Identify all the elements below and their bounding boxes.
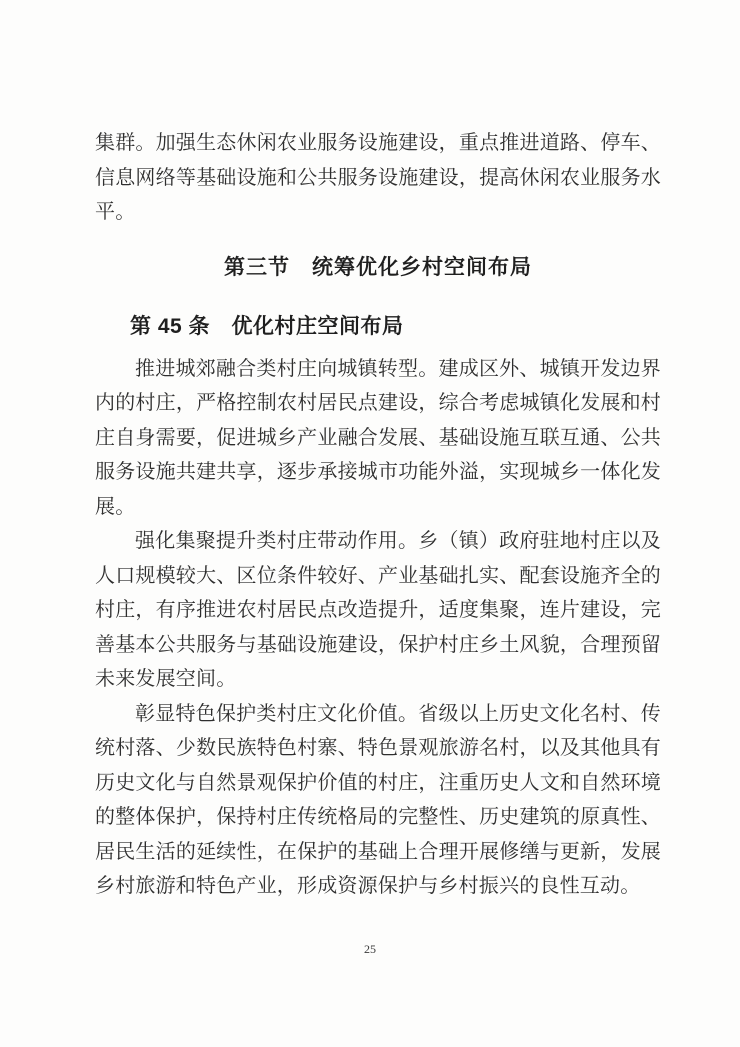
page-number: 25	[0, 942, 740, 957]
page-content: 集群。加强生态休闲农业服务设施建设，重点推进道路、停车、信息网络等基础设施和公共…	[95, 126, 661, 904]
paragraph-body-3: 彰显特色保护类村庄文化价值。省级以上历史文化名村、传统村落、少数民族特色村寨、特…	[95, 697, 661, 904]
paragraph-body-2: 强化集聚提升类村庄带动作用。乡（镇）政府驻地村庄以及人口规模较大、区位条件较好、…	[95, 524, 661, 697]
document-page: 集群。加强生态休闲农业服务设施建设，重点推进道路、停车、信息网络等基础设施和公共…	[0, 0, 740, 1047]
section-heading: 第三节 统筹优化乡村空间布局	[95, 251, 661, 286]
paragraph-body-1: 推进城郊融合类村庄向城镇转型。建成区外、城镇开发边界内的村庄，严格控制农村居民点…	[95, 352, 661, 525]
paragraph-continuation: 集群。加强生态休闲农业服务设施建设，重点推进道路、停车、信息网络等基础设施和公共…	[95, 126, 661, 230]
article-heading: 第 45 条 优化村庄空间布局	[95, 310, 661, 345]
